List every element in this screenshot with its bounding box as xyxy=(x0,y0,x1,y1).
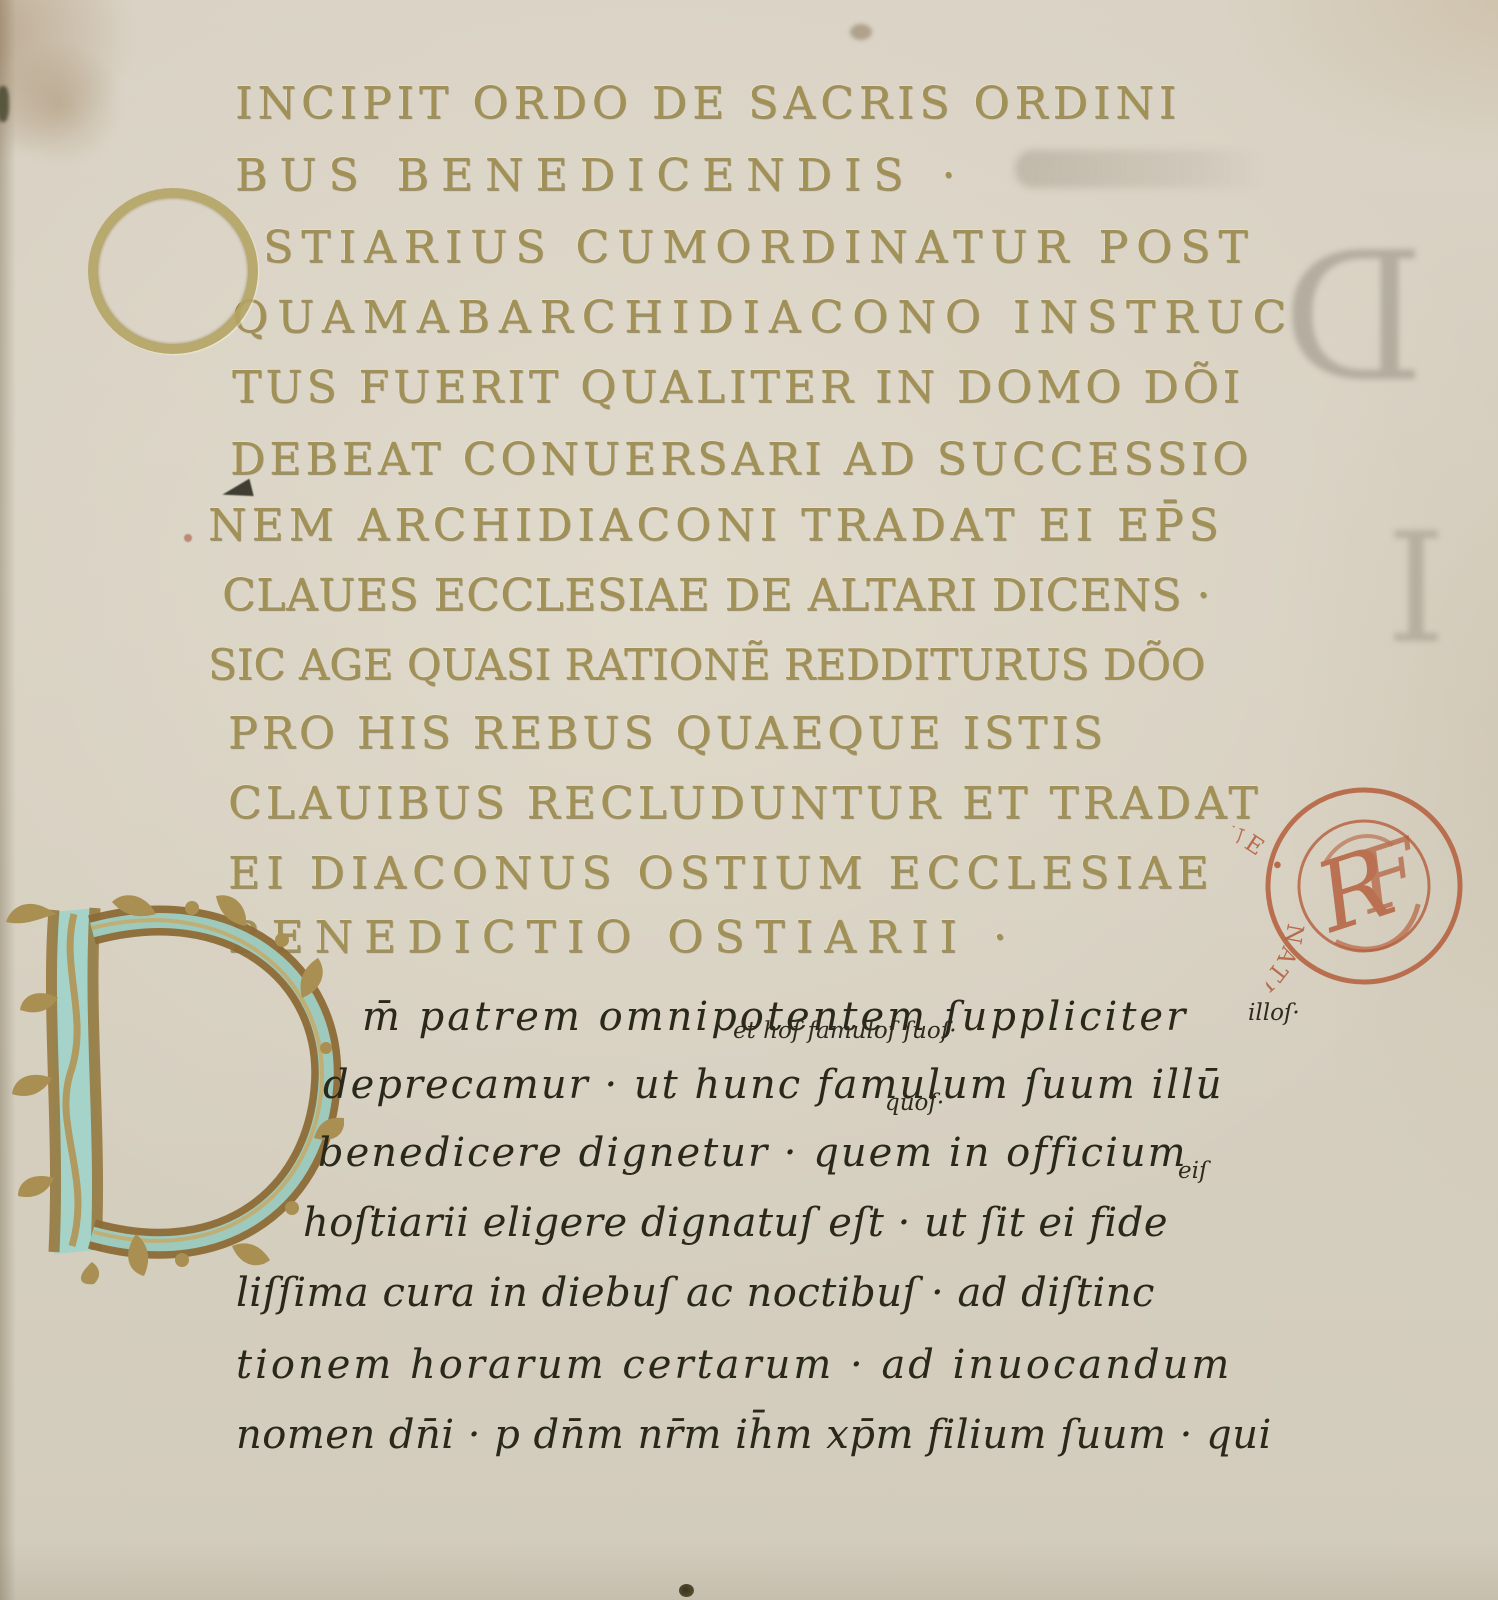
initial-o xyxy=(88,188,258,354)
rubric-line: BUS BENEDICENDIS · xyxy=(235,150,967,201)
manuscript-page: D I INCIPIT ORDO DE SACRIS ORDINI BUS BE… xyxy=(0,0,1498,1600)
interlinear-gloss: quoſ· xyxy=(885,1090,944,1116)
text-line: nomen dn̄i · p dn̄m nr̄m ih̄m xp̄m filiu… xyxy=(236,1412,1272,1458)
rubric-line: EI DIACONUS OSTIUM ECCLESIAE xyxy=(228,848,1215,899)
rubric-line: SIC AGE QUASI RATIONẼ REDDITURUS DÕO xyxy=(208,640,1205,689)
red-speck xyxy=(184,534,192,542)
text-line: benedicere dignetur · quem in officium xyxy=(318,1130,1188,1176)
interlinear-gloss: eiſ xyxy=(1178,1158,1207,1184)
rubric-line: NEM ARCHIDIACONI TRADAT EI EP̄S xyxy=(208,500,1224,551)
stamp-arc-text: NATIONALE • BIBLIOTHEQUE • xyxy=(1226,801,1323,1023)
rubric-line: CLAUIBUS RECLUDUNTUR ET TRADAT xyxy=(228,778,1262,829)
rubric-line: PRO HIS REBUS QUAEQUE ISTIS xyxy=(228,708,1107,759)
rubric-line: BENEDICTIO OSTIARII · xyxy=(228,912,1018,963)
bleedthrough-letter-d: D xyxy=(1282,214,1425,421)
rubric-line: QUAMABARCHIDIACONO INSTRUC xyxy=(232,292,1295,343)
library-stamp: NATIONALE • BIBLIOTHEQUE • R F xyxy=(1226,748,1498,1023)
bleedthrough-text xyxy=(1015,150,1270,188)
interlinear-gloss: et hoſ famuloſ ſuoſ· xyxy=(733,1018,957,1044)
rubric-line: INCIPIT ORDO DE SACRIS ORDINI xyxy=(235,78,1181,129)
text-line: liſſima cura in diebuſ ac noctibuſ · ad … xyxy=(236,1270,1155,1316)
illuminated-initial-d xyxy=(0,878,344,1286)
small-stain xyxy=(850,24,872,40)
corner-stain xyxy=(0,40,120,170)
rubric-line: DEBEAT CONUERSARI AD SUCCESSIO xyxy=(230,434,1252,485)
rubric-line: STIARIUS CUMORDINATUR POST xyxy=(263,222,1256,273)
svg-text:NATIONALE • BIBLIOTHEQUE •: NATIONALE • BIBLIOTHEQUE • xyxy=(1226,801,1323,1023)
text-line: hoſtiarii eligere dignatuſ eſt · ut ſit … xyxy=(303,1200,1168,1246)
text-line: tionem horarum certarum · ad inuocandum xyxy=(236,1342,1232,1388)
bleedthrough-letter-i: I xyxy=(1386,500,1446,677)
text-line: deprecamur · ut hunc famulum ſuum illū xyxy=(323,1062,1224,1108)
ink-blot xyxy=(679,1584,694,1597)
rubric-line: TUS FUERIT QUALITER IN DOMO DÕI xyxy=(232,362,1244,413)
rubric-line: CLAUES ECCLESIAE DE ALTARI DICENS · xyxy=(222,570,1211,621)
edge-smudge xyxy=(0,86,9,122)
